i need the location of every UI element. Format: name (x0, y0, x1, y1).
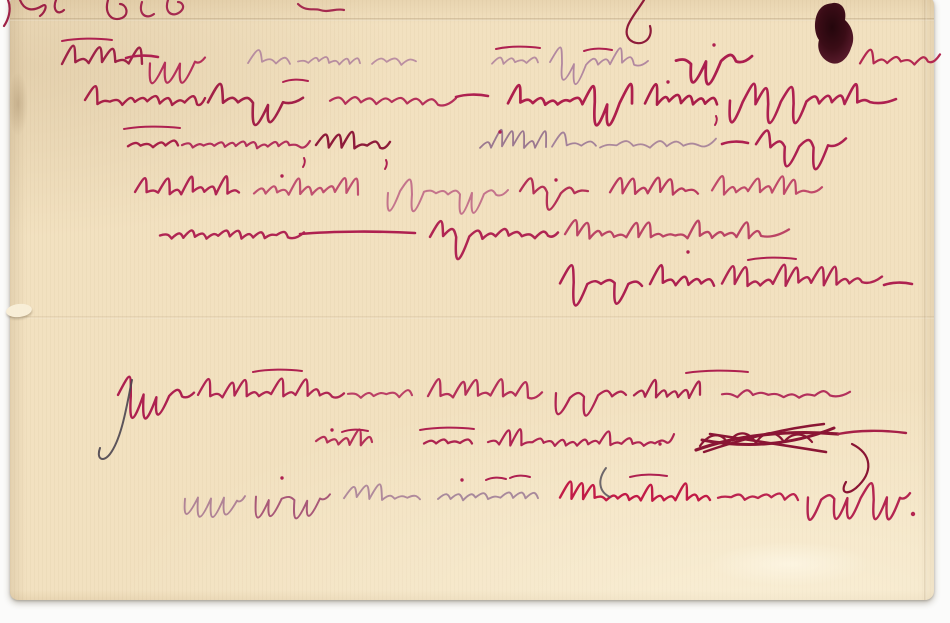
word-stroke (556, 391, 626, 416)
ink-mark (420, 428, 474, 430)
word-stroke (550, 47, 648, 84)
word-stroke (254, 178, 358, 195)
ink-mark (630, 475, 667, 477)
word-stroke (560, 482, 710, 501)
word-stroke (388, 179, 508, 213)
word-stroke (316, 132, 390, 148)
ink-mark (722, 142, 748, 144)
word-stroke (552, 132, 596, 146)
fragment-stroke (4, 0, 10, 26)
handwriting-layer (0, 0, 950, 623)
word-stroke (372, 58, 416, 64)
ink-mark (460, 478, 463, 481)
ink-mark (496, 47, 540, 49)
fragment-stroke (627, 0, 651, 43)
word-stroke (150, 58, 205, 84)
ink-mark (666, 80, 669, 83)
ink-mark (712, 43, 715, 46)
word-stroke (520, 178, 588, 209)
word-stroke (182, 141, 310, 148)
letter-scan: alt — og Du maa se at træffe mig Som sna… (0, 0, 950, 623)
word-stroke (808, 483, 910, 520)
fragment-stroke (107, 0, 127, 19)
word-stroke (712, 176, 822, 194)
ink-mark (510, 476, 530, 478)
word-stroke (676, 55, 752, 84)
word-stroke (756, 131, 846, 170)
scribble-stroke (844, 444, 869, 492)
fragment-stroke (55, 0, 64, 12)
ink-mark (554, 178, 557, 181)
word-stroke (298, 57, 360, 65)
word-stroke (62, 46, 142, 64)
word-stroke (135, 176, 239, 194)
ink-mark (498, 130, 501, 133)
ink-mark (456, 95, 488, 97)
word-stroke (438, 492, 538, 500)
ink-mark (486, 478, 506, 480)
black-ink-stroke (99, 380, 132, 459)
cut-off-line-fragments (4, 0, 651, 43)
word-stroke (424, 439, 472, 443)
word-stroke (248, 50, 290, 64)
word-stroke (160, 230, 304, 238)
ink-mark (584, 49, 612, 51)
ink-mark (686, 250, 689, 253)
ink-mark (911, 512, 915, 516)
ink-mark (884, 283, 912, 285)
word-stroke (198, 379, 344, 398)
word-stroke (348, 390, 412, 398)
fragment-stroke (298, 4, 344, 11)
word-stroke (645, 84, 717, 105)
ink-mark (62, 39, 112, 41)
word-stroke (508, 84, 632, 125)
ink-mark (658, 442, 661, 445)
ink-mark (686, 371, 748, 373)
word-stroke (722, 265, 882, 286)
ink-mark (715, 116, 717, 125)
handwriting-line-5 (160, 220, 789, 259)
word-stroke (488, 429, 674, 446)
ink-mark (280, 174, 283, 177)
word-stroke (565, 220, 789, 238)
fragment-stroke (20, 0, 46, 16)
handwriting-line-2 (85, 80, 896, 126)
handwriting-line-3 (124, 127, 846, 170)
ink-mark (283, 80, 308, 82)
crossed-out-scribble (696, 424, 906, 492)
ink-mark (303, 158, 305, 167)
word-stroke (480, 130, 546, 148)
word-stroke (650, 265, 714, 286)
scribble-dash (838, 431, 906, 434)
word-stroke (600, 139, 716, 148)
word-stroke (730, 84, 896, 123)
postscript-line-1 (118, 370, 850, 419)
ink-blot (815, 3, 853, 64)
word-stroke (256, 494, 330, 518)
word-stroke (860, 50, 940, 65)
ink-mark (300, 232, 415, 234)
ink-mark (330, 428, 333, 431)
handwriting-line-1 (62, 39, 940, 85)
word-stroke (208, 84, 303, 125)
word-stroke (722, 390, 850, 397)
black-ink-stroke (600, 468, 610, 497)
word-stroke (128, 141, 178, 148)
ink-mark (124, 127, 180, 129)
handwriting-line-4 (135, 174, 822, 214)
word-stroke (492, 57, 538, 63)
word-stroke (344, 484, 420, 500)
word-stroke (430, 221, 558, 259)
word-stroke (85, 86, 205, 105)
ink-mark (280, 476, 283, 479)
signature-line (560, 250, 912, 305)
ink-mark (748, 258, 796, 260)
word-stroke (185, 496, 245, 517)
word-stroke (560, 265, 642, 305)
word-stroke (718, 493, 798, 500)
word-stroke (428, 379, 542, 398)
fragment-stroke (141, 2, 154, 16)
ink-mark (385, 160, 387, 169)
postscript-line-3 (185, 475, 916, 520)
ink-mark (253, 370, 302, 372)
postscript-line-2 (316, 428, 674, 446)
word-stroke (330, 97, 456, 105)
fragment-stroke (167, 0, 183, 14)
word-stroke (610, 178, 698, 195)
ink-mark (342, 430, 368, 432)
word-stroke (634, 380, 700, 398)
